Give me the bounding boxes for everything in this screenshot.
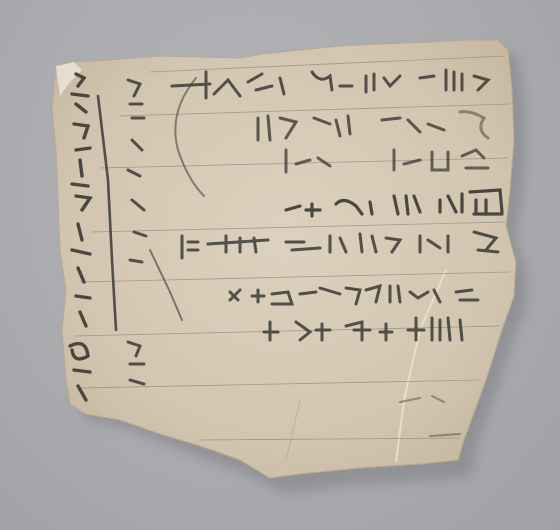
ostracon-photo	[0, 0, 560, 530]
photo-scene: Inscribed limestone ostracon fragment wi…	[0, 0, 560, 530]
